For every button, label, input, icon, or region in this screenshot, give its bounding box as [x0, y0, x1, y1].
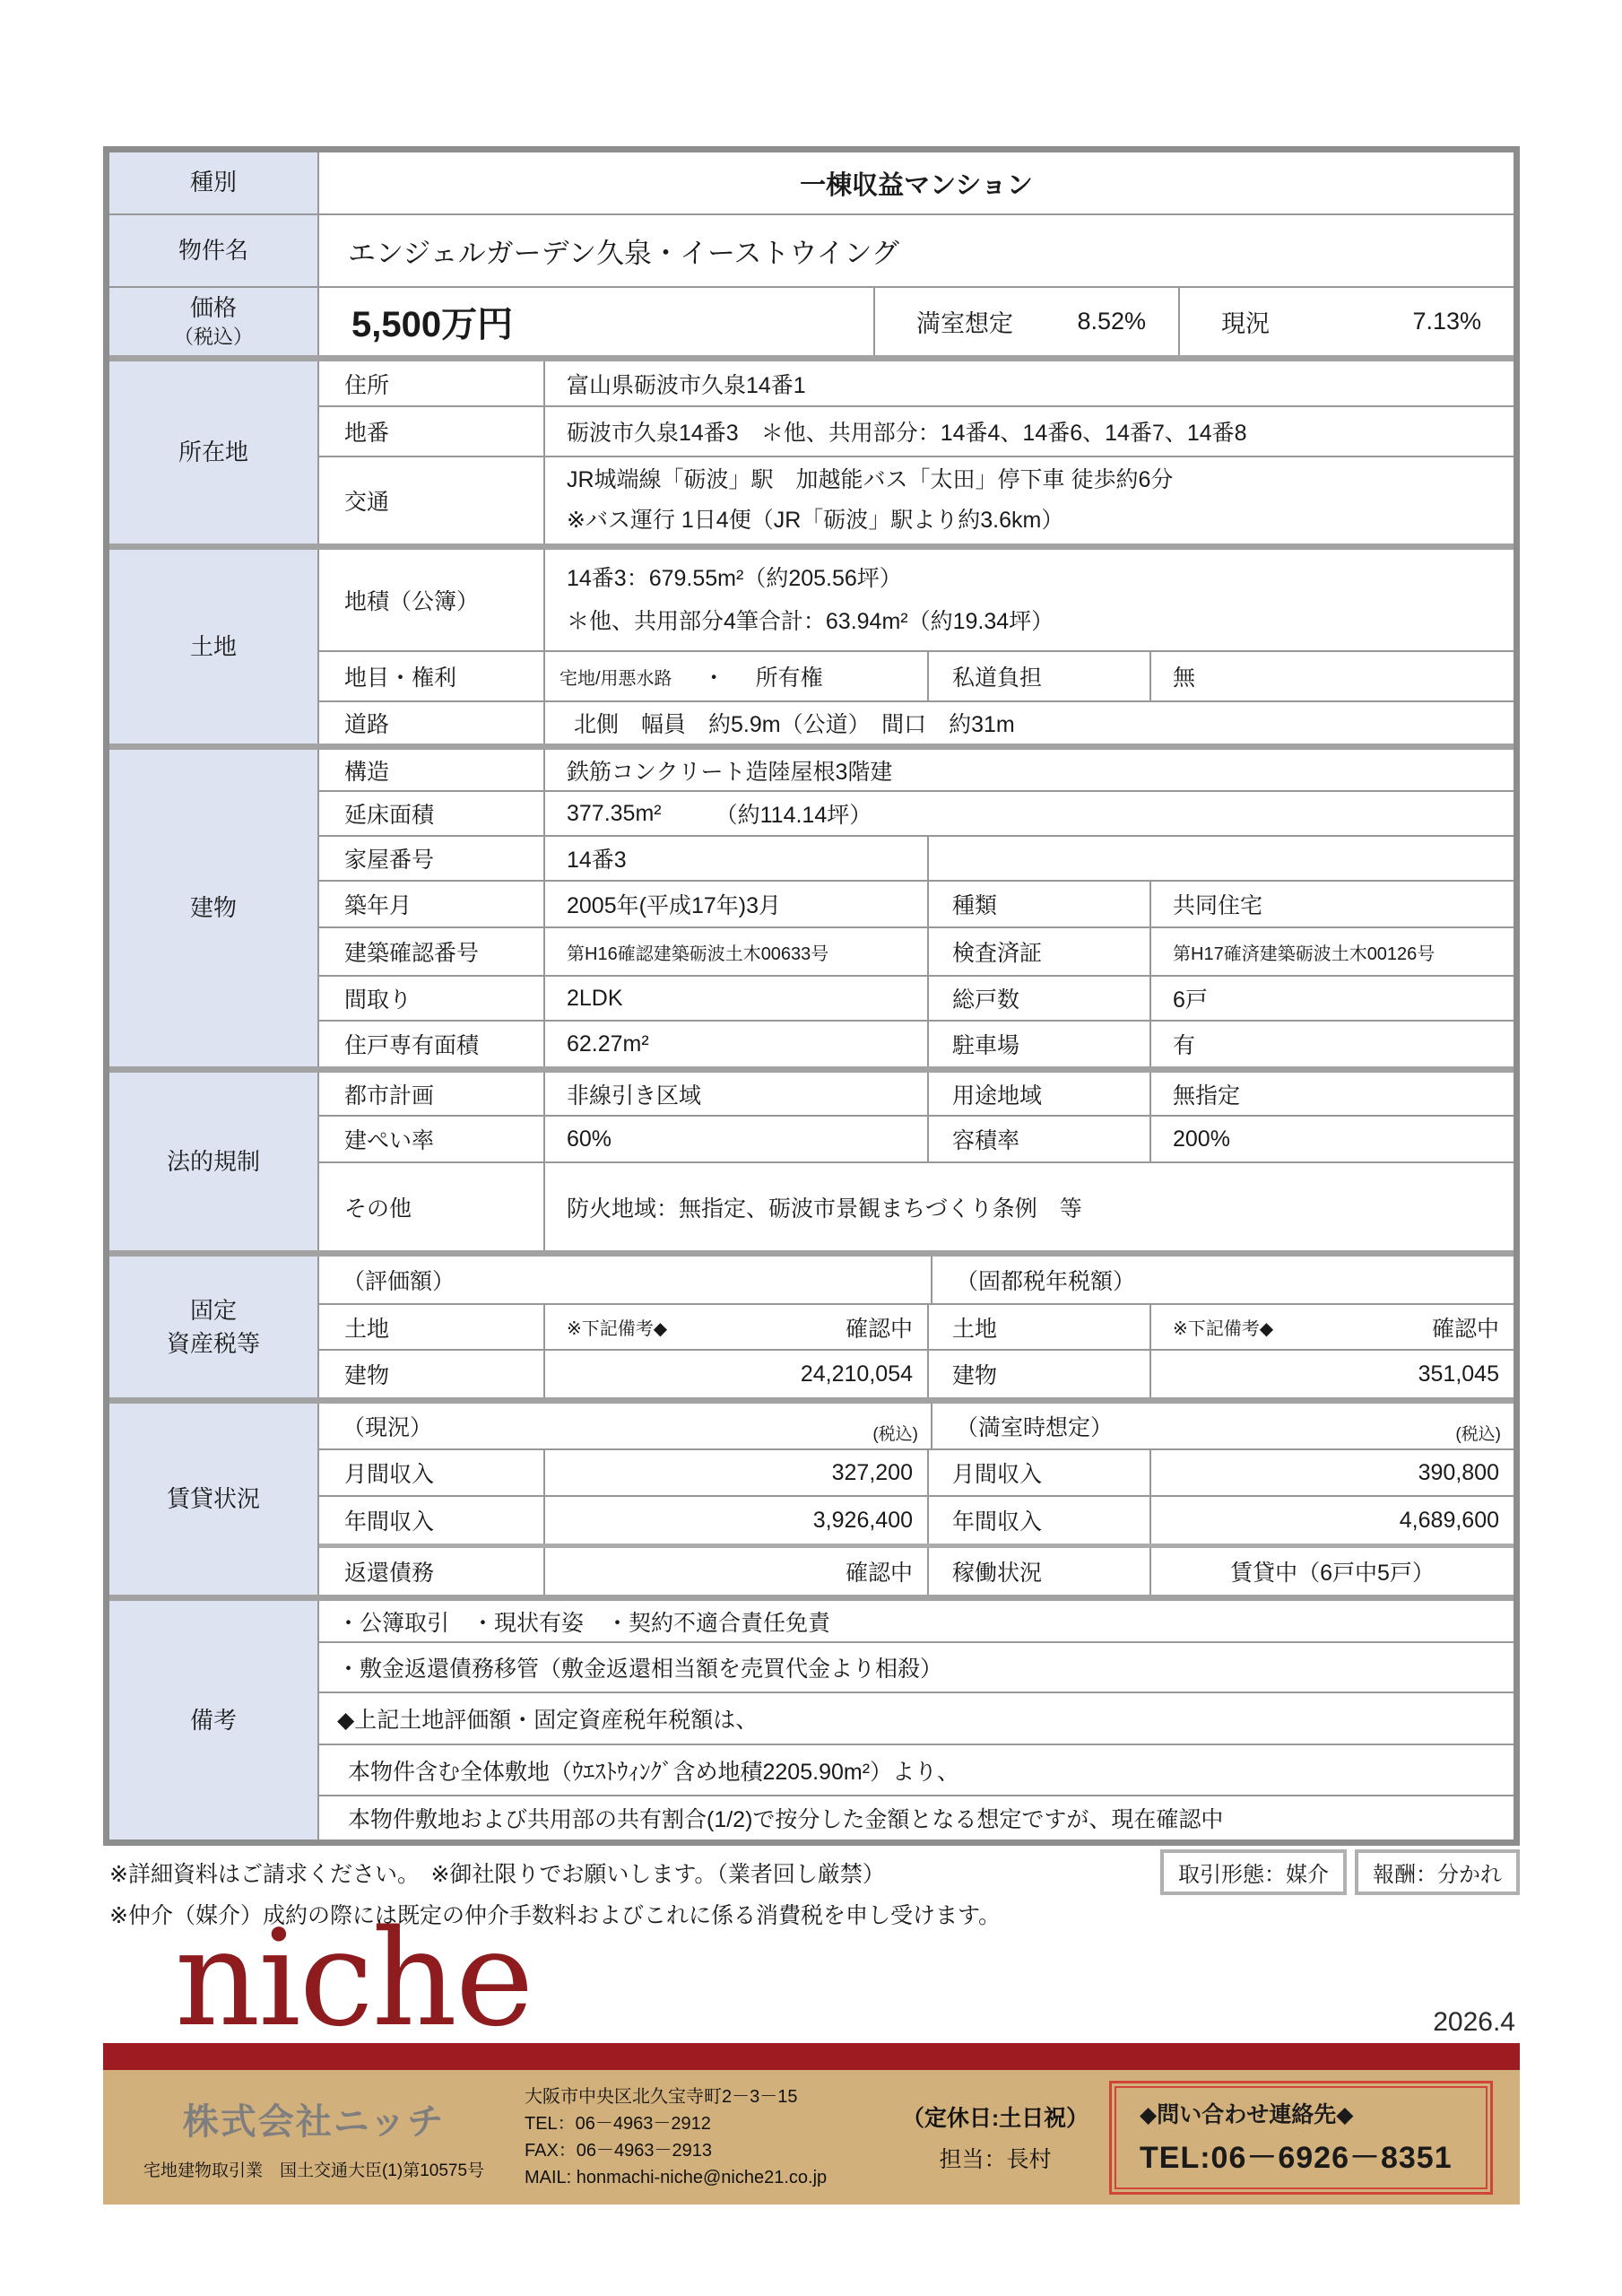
kind-label: 種類: [929, 882, 1151, 926]
remarks-line1: ・公簿取引 ・現状有姿 ・契約不適合責任免責: [319, 1601, 1514, 1641]
house-number-value: 14番3: [545, 837, 929, 880]
property-name: エンジェルガーデン久泉・イーストウイング: [319, 215, 1514, 286]
remarks-line2: ・敷金返還債務移管（敷金返還相当額を売買代金より相殺）: [319, 1643, 1514, 1692]
annual-income-full: 4,689,600: [1151, 1497, 1514, 1544]
contact-box-inner: ◆問い合わせ連絡先◆ TEL:06－6926－8351: [1115, 2086, 1488, 2189]
row-access: 交通 JR城端線「砺波」駅 加越能バス「太田」停下車 徒歩約6分 ※バス運行 1…: [319, 456, 1514, 544]
address-value: 富山県砺波市久泉14番1: [545, 361, 1514, 405]
tax-building-eval: 24,210,054: [545, 1351, 929, 1397]
monthly-income-full: 390,800: [1151, 1450, 1514, 1495]
zoning-value: 無指定: [1151, 1073, 1514, 1115]
location-section-label: 所在地: [109, 361, 319, 544]
row-tax-land: 土地 ※下記備考◆ 確認中 土地 ※下記備考◆ 確認中: [319, 1303, 1514, 1349]
tax-land-label: 土地: [319, 1305, 545, 1349]
rent-current-taxnote: (税込): [872, 1421, 918, 1448]
land-category-label: 地目・権利: [319, 652, 545, 700]
units-value: 6戸: [1151, 977, 1514, 1020]
row-permit: 建築確認番号 第H16確認建築砺波土木00633号 検査済証 第H17確済建築砺…: [319, 926, 1514, 975]
access-line1: JR城端線「砺波」駅 加越能バス「太田」停下車 徒歩約6分: [567, 466, 1173, 494]
row-monthly-income: 月間収入 327,200 月間収入 390,800: [319, 1448, 1514, 1495]
road-label: 道路: [319, 702, 545, 744]
layout-value: 2LDK: [545, 977, 929, 1020]
rent-full-taxnote: (税込): [1455, 1421, 1501, 1448]
type-label: 種別: [109, 152, 319, 213]
city-plan-value: 非線引き区域: [545, 1073, 929, 1115]
company-license: 宅地建物取引業 国土交通大臣(1)第10575号: [103, 2157, 525, 2181]
row-road: 道路 北側 幅員 約5.9m（公道） 間口 約31m: [319, 700, 1514, 744]
property-flyer: 種別 一棟収益マンション 物件名 エンジェルガーデン久泉・イーストウイング 価格…: [0, 0, 1622, 2296]
row-floor-area: 延床面積 377.35m² （約114.14坪）: [319, 790, 1514, 835]
yield-full-label: 満室想定: [916, 304, 1013, 339]
lot-value: 砺波市久泉14番3 ＊他、共用部分：14番4、14番6、14番7、14番8: [545, 407, 1514, 456]
land-rights-value: 所有権: [756, 660, 823, 692]
land-area-line2: ＊他、共用部分4筆合計：63.94m²（約19.34坪）: [567, 607, 1054, 637]
monthly-income-current: 327,200: [545, 1450, 929, 1495]
units-label: 総戸数: [929, 977, 1151, 1020]
niche-logo: niche: [175, 1912, 532, 2045]
debt-value: 確認中: [545, 1548, 929, 1595]
occupancy-value: 賃貸中（6戸中5戸）: [1151, 1548, 1514, 1595]
legal-other-label: その他: [319, 1163, 545, 1250]
type-value: 一棟収益マンション: [319, 152, 1514, 213]
coverage-label: 建ぺい率: [319, 1117, 545, 1161]
yield-current-cell: 現況 7.13%: [1180, 288, 1514, 355]
tax-section-label: 固定 資産税等: [109, 1257, 319, 1397]
occupancy-label: 稼働状況: [929, 1548, 1151, 1595]
remarks-line4: 本物件含む全体敷地（ｳｴｽﾄｳｨﾝｸﾞ含め地積2205.90m²）より、: [319, 1745, 1514, 1795]
far-value: 200%: [1151, 1117, 1514, 1161]
floor-area-tsubo: （約114.14坪）: [716, 797, 872, 830]
section-location: 所在地 住所 富山県砺波市久泉14番1 地番 砺波市久泉14番3 ＊他、共用部分…: [109, 355, 1514, 544]
debt-label: 返還債務: [319, 1548, 545, 1595]
land-section-label: 土地: [109, 550, 319, 744]
staff-name: 担当：長村: [883, 2142, 1107, 2174]
row-structure: 構造 鉄筋コンクリート造陸屋根3階建: [319, 750, 1514, 790]
floor-area-value: 377.35m² （約114.14坪）: [545, 792, 1514, 835]
section-rent: 賃貸状況 （現況） (税込) （満室時想定） (税込) 月間収入 327,200…: [109, 1397, 1514, 1595]
house-number-label: 家屋番号: [319, 837, 545, 880]
tax-building-label: 建物: [319, 1351, 545, 1397]
floor-area-sqm: 377.35m²: [567, 801, 662, 827]
rent-current-header-cell: （現況） (税込): [319, 1404, 932, 1448]
structure-label: 構造: [319, 750, 545, 790]
land-area-label: 地積（公簿）: [319, 550, 545, 650]
zoning-label: 用途地域: [929, 1073, 1151, 1115]
footer-company-band: 株式会社ニッチ 宅地建物取引業 国土交通大臣(1)第10575号 大阪市中央区北…: [103, 2070, 1520, 2205]
kind-value: 共同住宅: [1151, 882, 1514, 926]
row-name: 物件名 エンジェルガーデン久泉・イーストウイング: [109, 213, 1514, 286]
price-label-sub: （税込）: [174, 324, 253, 351]
rent-section-label: 賃貸状況: [109, 1404, 319, 1595]
price-value: 5,500万円: [319, 288, 875, 355]
monthly-income-label2: 月間収入: [929, 1450, 1151, 1495]
access-line2: ※バス運行 1日4便（JR「砺波」駅より約3.6km）: [567, 507, 1063, 535]
tax-land-annual: ※下記備考◆ 確認中: [1151, 1305, 1514, 1349]
row-lot-number: 地番 砺波市久泉14番3 ＊他、共用部分：14番4、14番6、14番7、14番8: [319, 405, 1514, 456]
tax-building-annual: 351,045: [1151, 1351, 1514, 1397]
tax-land-label2: 土地: [929, 1305, 1151, 1349]
lot-label: 地番: [319, 407, 545, 456]
row-coverage: 建ぺい率 60% 容積率 200%: [319, 1115, 1514, 1161]
legal-other-value: 防火地域：無指定、砺波市景観まちづくり条例 等: [545, 1163, 1514, 1250]
yield-current-value: 7.13%: [1412, 308, 1481, 335]
property-table: 種別 一棟収益マンション 物件名 エンジェルガーデン久泉・イーストウイング 価格…: [103, 146, 1520, 1846]
deal-info-boxes: 取引形態：媒介 報酬：分かれ: [1148, 1849, 1520, 1895]
inspection-label: 検査済証: [929, 928, 1151, 975]
row-house-number: 家屋番号 14番3: [319, 835, 1514, 880]
rent-full-header-cell: （満室時想定） (税込): [932, 1404, 1514, 1448]
annual-income-label2: 年間収入: [929, 1497, 1151, 1544]
company-fax: FAX：06－4963－2913: [525, 2137, 883, 2164]
fee-box: 報酬：分かれ: [1355, 1849, 1520, 1895]
land-category-type: 宅地/用悪水路: [559, 664, 672, 690]
row-city-plan: 都市計画 非線引き区域 用途地域 無指定: [319, 1073, 1514, 1115]
row-layout: 間取り 2LDK 総戸数 6戸: [319, 975, 1514, 1020]
legal-section-label: 法的規制: [109, 1073, 319, 1250]
house-number-empty: [929, 837, 1514, 880]
holiday-note: （定休日:土日祝）: [883, 2100, 1107, 2133]
land-area-line1: 14番3：679.55m²（約205.56坪）: [567, 564, 902, 594]
inspection-value: 第H17確済建築砺波土木00126号: [1151, 928, 1514, 975]
rent-full-header: （満室時想定）: [956, 1410, 1113, 1442]
building-section-label: 建物: [109, 750, 319, 1066]
row-legal-other: その他 防火地域：無指定、砺波市景観まちづくり条例 等: [319, 1161, 1514, 1250]
remarks-line5: 本物件敷地および共用部の共有割合(1/2)で按分した金額となる想定ですが、現在確…: [319, 1796, 1514, 1839]
staff-block: （定休日:土日祝） 担当：長村: [883, 2100, 1107, 2174]
private-road-label: 私道負担: [929, 652, 1151, 700]
access-label: 交通: [319, 457, 545, 544]
row-price: 価格 （税込） 5,500万円 満室想定 8.52% 現況 7.13%: [109, 286, 1514, 355]
section-land: 土地 地積（公簿） 14番3：679.55m²（約205.56坪） ＊他、共用部…: [109, 544, 1514, 744]
footnote-line1: ※詳細資料はご請求ください。 ※御社限りでお願いします。（業者回し厳禁）: [109, 1857, 885, 1889]
tax-land-note2: ※下記備考◆: [1173, 1314, 1273, 1340]
yield-full-cell: 満室想定 8.52%: [875, 288, 1180, 355]
tax-land-note: ※下記備考◆: [567, 1314, 667, 1340]
remarks-row: ◆上記土地評価額・固定資産税年税額は、: [319, 1692, 1514, 1744]
row-unit-area: 住戸専有面積 62.27m² 駐車場 有: [319, 1020, 1514, 1066]
address-label: 住所: [319, 361, 545, 405]
built-label: 築年月: [319, 882, 545, 926]
remarks-line3: ◆上記土地評価額・固定資産税年税額は、: [319, 1693, 1514, 1744]
row-built: 築年月 2005年(平成17年)3月 種類 共同住宅: [319, 880, 1514, 926]
remarks-row: 本物件含む全体敷地（ｳｴｽﾄｳｨﾝｸﾞ含め地積2205.90m²）より、: [319, 1744, 1514, 1795]
annual-income-label: 年間収入: [319, 1497, 545, 1544]
permit-label: 建築確認番号: [319, 928, 545, 975]
section-legal: 法的規制 都市計画 非線引き区域 用途地域 無指定 建ぺい率 60% 容積率 2…: [109, 1066, 1514, 1250]
built-value: 2005年(平成17年)3月: [545, 882, 929, 926]
tax-building-label2: 建物: [929, 1351, 1151, 1397]
section-remarks: 備考 ・公簿取引 ・現状有姿 ・契約不適合責任免責 ・敷金返還債務移管（敷金返還…: [109, 1595, 1514, 1839]
structure-value: 鉄筋コンクリート造陸屋根3階建: [545, 750, 1514, 790]
monthly-income-label: 月間収入: [319, 1450, 545, 1495]
company-mail: MAIL: honmachi-niche@niche21.co.jp: [525, 2164, 883, 2191]
yield-full-value: 8.52%: [1077, 308, 1146, 335]
company-address: 大阪市中央区北久宝寺町2－3－15: [525, 2083, 883, 2110]
row-land-category: 地目・権利 宅地/用悪水路 ・ 所有権 私道負担 無: [319, 650, 1514, 700]
price-label-main: 価格: [190, 292, 237, 324]
tax-land-eval: ※下記備考◆ 確認中: [545, 1305, 929, 1349]
tax-land-status: 確認中: [846, 1311, 913, 1344]
annual-income-current: 3,926,400: [545, 1497, 929, 1544]
name-label: 物件名: [109, 215, 319, 286]
remarks-row: ・公簿取引 ・現状有姿 ・契約不適合責任免責: [319, 1601, 1514, 1641]
tax-annual-header: （固都税年税額）: [932, 1257, 1514, 1303]
company-name: 株式会社ニッチ: [103, 2093, 525, 2144]
row-land-area: 地積（公簿） 14番3：679.55m²（約205.56坪） ＊他、共用部分4筆…: [319, 550, 1514, 650]
floor-area-label: 延床面積: [319, 792, 545, 835]
parking-value: 有: [1151, 1022, 1514, 1066]
private-road-value: 無: [1151, 652, 1514, 700]
rent-current-header: （現況）: [343, 1410, 432, 1442]
road-value: 北側 幅員 約5.9m（公道） 間口 約31m: [545, 702, 1514, 744]
parking-label: 駐車場: [929, 1022, 1151, 1066]
unit-area-label: 住戸専有面積: [319, 1022, 545, 1066]
land-category-sep: ・: [703, 660, 725, 692]
layout-label: 間取り: [319, 977, 545, 1020]
tax-land-status2: 確認中: [1432, 1311, 1499, 1344]
coverage-value: 60%: [545, 1117, 929, 1161]
access-value: JR城端線「砺波」駅 加越能バス「太田」停下車 徒歩約6分 ※バス運行 1日4便…: [545, 457, 1514, 544]
tax-eval-header: （評価額）: [319, 1257, 932, 1303]
row-tax-header: （評価額） （固都税年税額）: [319, 1257, 1514, 1303]
row-type: 種別 一棟収益マンション: [109, 152, 1514, 213]
company-contact-block: 大阪市中央区北久宝寺町2－3－15 TEL：06－4963－2912 FAX：0…: [525, 2083, 883, 2191]
tax-label-line2: 資産税等: [167, 1327, 260, 1360]
unit-area-value: 62.27m²: [545, 1022, 929, 1066]
price-label: 価格 （税込）: [109, 288, 319, 355]
contact-phone: TEL:06－6926－8351: [1140, 2133, 1462, 2177]
row-debt: 返還債務 確認中 稼働状況 賃貸中（6戸中5戸）: [319, 1544, 1514, 1595]
row-address: 住所 富山県砺波市久泉14番1: [319, 361, 1514, 405]
company-block: 株式会社ニッチ 宅地建物取引業 国土交通大臣(1)第10575号: [103, 2093, 525, 2181]
remarks-row: 本物件敷地および共用部の共有割合(1/2)で按分した金額となる想定ですが、現在確…: [319, 1795, 1514, 1839]
publication-date: 2026.4: [1291, 2007, 1515, 2038]
permit-value: 第H16確認建築砺波土木00633号: [545, 928, 929, 975]
contact-title: ◆問い合わせ連絡先◆: [1140, 2097, 1462, 2129]
yield-current-label: 現況: [1221, 304, 1270, 339]
section-header: 種別 一棟収益マンション 物件名 エンジェルガーデン久泉・イーストウイング 価格…: [109, 152, 1514, 355]
section-tax: 固定 資産税等 （評価額） （固都税年税額） 土地 ※下記備考◆ 確認中 土地 …: [109, 1250, 1514, 1397]
row-rent-header: （現況） (税込) （満室時想定） (税込): [319, 1404, 1514, 1448]
city-plan-label: 都市計画: [319, 1073, 545, 1115]
row-annual-income: 年間収入 3,926,400 年間収入 4,689,600: [319, 1495, 1514, 1544]
remarks-row: ・敷金返還債務移管（敷金返還相当額を売買代金より相殺）: [319, 1641, 1514, 1692]
deal-type-box: 取引形態：媒介: [1160, 1849, 1347, 1895]
row-tax-building: 建物 24,210,054 建物 351,045: [319, 1349, 1514, 1397]
contact-box: ◆問い合わせ連絡先◆ TEL:06－6926－8351: [1109, 2081, 1493, 2195]
land-category-value: 宅地/用悪水路 ・ 所有権: [545, 652, 929, 700]
company-tel: TEL：06－4963－2912: [525, 2110, 883, 2137]
tax-label-line1: 固定: [190, 1294, 237, 1326]
far-label: 容積率: [929, 1117, 1151, 1161]
land-area-value: 14番3：679.55m²（約205.56坪） ＊他、共用部分4筆合計：63.9…: [545, 550, 1514, 650]
remarks-section-label: 備考: [109, 1601, 319, 1839]
section-building: 建物 構造 鉄筋コンクリート造陸屋根3階建 延床面積 377.35m² （約11…: [109, 744, 1514, 1066]
